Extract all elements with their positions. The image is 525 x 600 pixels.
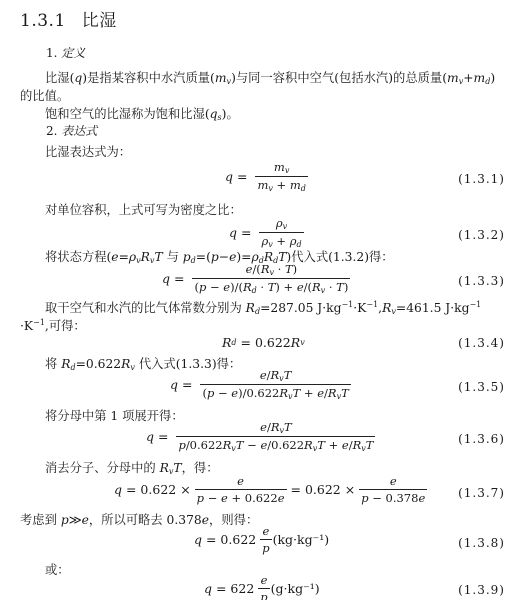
subsection-expression: 2. 表达式 [46, 122, 97, 139]
subsection-definition: 1. 定义 [46, 44, 85, 61]
constants-text-line-2: ·K−1,可得： [20, 316, 86, 334]
equation-1-3-5: q = e/RvT(p − e)/0.622RvT + e/RvT [170, 368, 355, 401]
subsection-title: 表达式 [61, 124, 97, 138]
section-heading: 1.3.1比湿 [20, 6, 117, 31]
equation-1-3-4: Rd = 0.622Rv [222, 335, 305, 350]
equation-number: (1.3.7) [458, 486, 505, 500]
section-title: 比湿 [82, 11, 117, 31]
subsection-number: 1. [46, 46, 57, 60]
text: ，得： [182, 461, 219, 475]
equation-number: (1.3.3) [458, 274, 505, 288]
equation-1-3-2: q = ρvρv + ρd [229, 216, 308, 249]
intro-density: 对单位容积，上式可写为密度之比： [45, 200, 242, 218]
equation-1-3-6: q = e/RvTp/0.622RvT − e/0.622RvT + e/RvT [146, 420, 379, 453]
definition-line-1: 比湿(q)是指某容积中水汽质量(mv)与同一容积中空气(包括水汽)的总质量(mv… [45, 68, 495, 86]
text: 比湿( [45, 71, 74, 85]
unit: (g·kg⁻¹) [271, 581, 320, 596]
equation-number: (1.3.4) [458, 336, 505, 350]
saturation-text: 饱和空气的比湿称为饱和比湿(qs)。 [45, 104, 239, 122]
section-number: 1.3.1 [20, 11, 66, 31]
unit: (kg·kg⁻¹) [273, 532, 330, 547]
equation-number: (1.3.6) [458, 432, 505, 446]
equation-1-3-8: q = 0.622ep(kg·kg⁻¹) [194, 524, 329, 555]
text: )是指某容积中水汽质量( [82, 71, 215, 85]
text: ) [490, 71, 495, 85]
text: 考虑到 [20, 513, 57, 527]
equation-number: (1.3.9) [458, 583, 505, 597]
equation-number: (1.3.1) [458, 172, 505, 186]
equation-1-3-1: q = mvmv + md [225, 160, 312, 193]
constants-text-line-1: 取干空气和水汽的比气体常数分别为 Rd=287.05 J·kg−1·K−1,Rv… [45, 298, 481, 316]
text: ，所以可略去 0.378 [89, 513, 202, 527]
text: 消去分子、分母中的 [45, 461, 156, 475]
text: )。 [222, 107, 239, 121]
intro-expression: 比湿表达式为： [45, 142, 131, 160]
subsection-title: 定义 [61, 46, 85, 60]
subsection-number: 2. [46, 124, 57, 138]
definition-line-2: 的比值。 [20, 86, 69, 104]
equation-1-3-3: q = e/(Rv · T)(p − e)/(Rd · T) + e/(Rv ·… [162, 262, 354, 295]
text: 饱和空气的比湿称为饱和比湿( [45, 107, 210, 121]
equation-1-3-7: q = 0.622 ×ep − e + 0.622e= 0.622 ×ep − … [114, 474, 431, 505]
equation-number: (1.3.2) [458, 228, 505, 242]
or-text: 或： [45, 560, 70, 578]
equation-1-3-9: q = 622ep(g·kg⁻¹) [204, 573, 320, 600]
text: )与同一容积中空气(包括水汽)的总质量( [231, 71, 447, 85]
equation-number: (1.3.8) [458, 536, 505, 550]
equation-number: (1.3.5) [458, 380, 505, 394]
